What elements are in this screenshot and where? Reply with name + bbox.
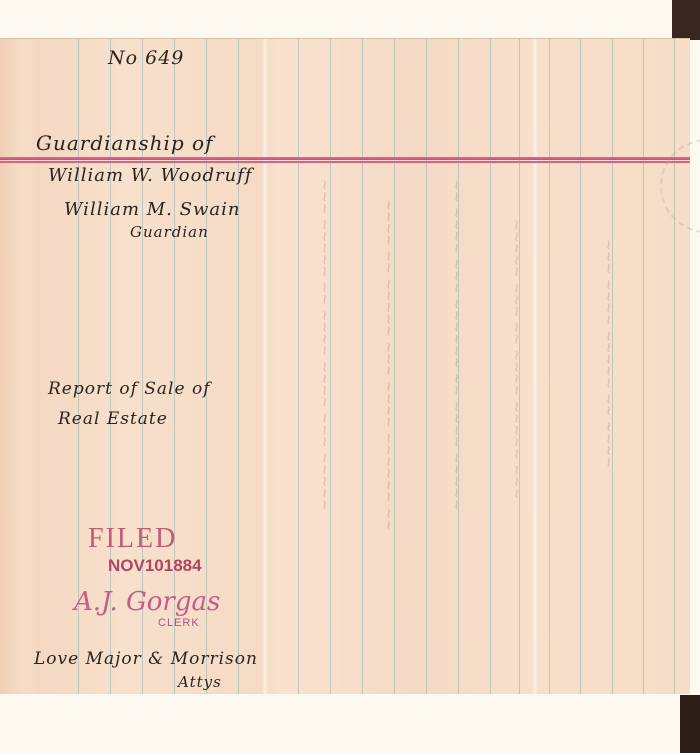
- subject-line-1: Report of Sale of: [48, 379, 210, 399]
- clerk-title: CLERK: [158, 617, 200, 629]
- document-number: No 649: [108, 47, 184, 69]
- clerk-signature: A.J. Gorgas: [74, 587, 220, 617]
- rule-line: [580, 39, 581, 694]
- subject-line-2: Real Estate: [58, 409, 168, 429]
- fold-crease: [532, 39, 538, 694]
- attorneys-line-1: Love Major & Morrison: [34, 649, 258, 669]
- caption-ward-name: William W. Woodruff: [48, 165, 253, 186]
- fold-crease: [262, 39, 268, 694]
- attorneys-line-2: Attys: [178, 673, 222, 691]
- rule-line: [426, 39, 427, 694]
- scanner-edge-bottom: [680, 695, 700, 753]
- scanner-edge-top: [672, 0, 700, 40]
- rule-line: [238, 39, 239, 694]
- embossed-seal: [660, 139, 700, 233]
- caption-line-1: Guardianship of: [36, 131, 214, 155]
- caption-guardian-title: Guardian: [130, 223, 209, 241]
- header-double-rule: [0, 157, 690, 163]
- document-page: ~~~ ~~~~~ ~~ ~~~~ ~~~~ ~~~ ~~~~~ ~~~~ ~~…: [0, 38, 690, 694]
- caption-guardian-name: William M. Swain: [64, 199, 240, 220]
- rule-line: [298, 39, 299, 694]
- rule-line: [674, 39, 675, 694]
- filed-stamp: FILED: [88, 523, 177, 555]
- filed-date-stamp: NOV101884: [108, 556, 202, 576]
- rule-line: [549, 39, 550, 694]
- rule-line: [490, 39, 491, 694]
- rule-line: [643, 39, 644, 694]
- rule-line: [362, 39, 363, 694]
